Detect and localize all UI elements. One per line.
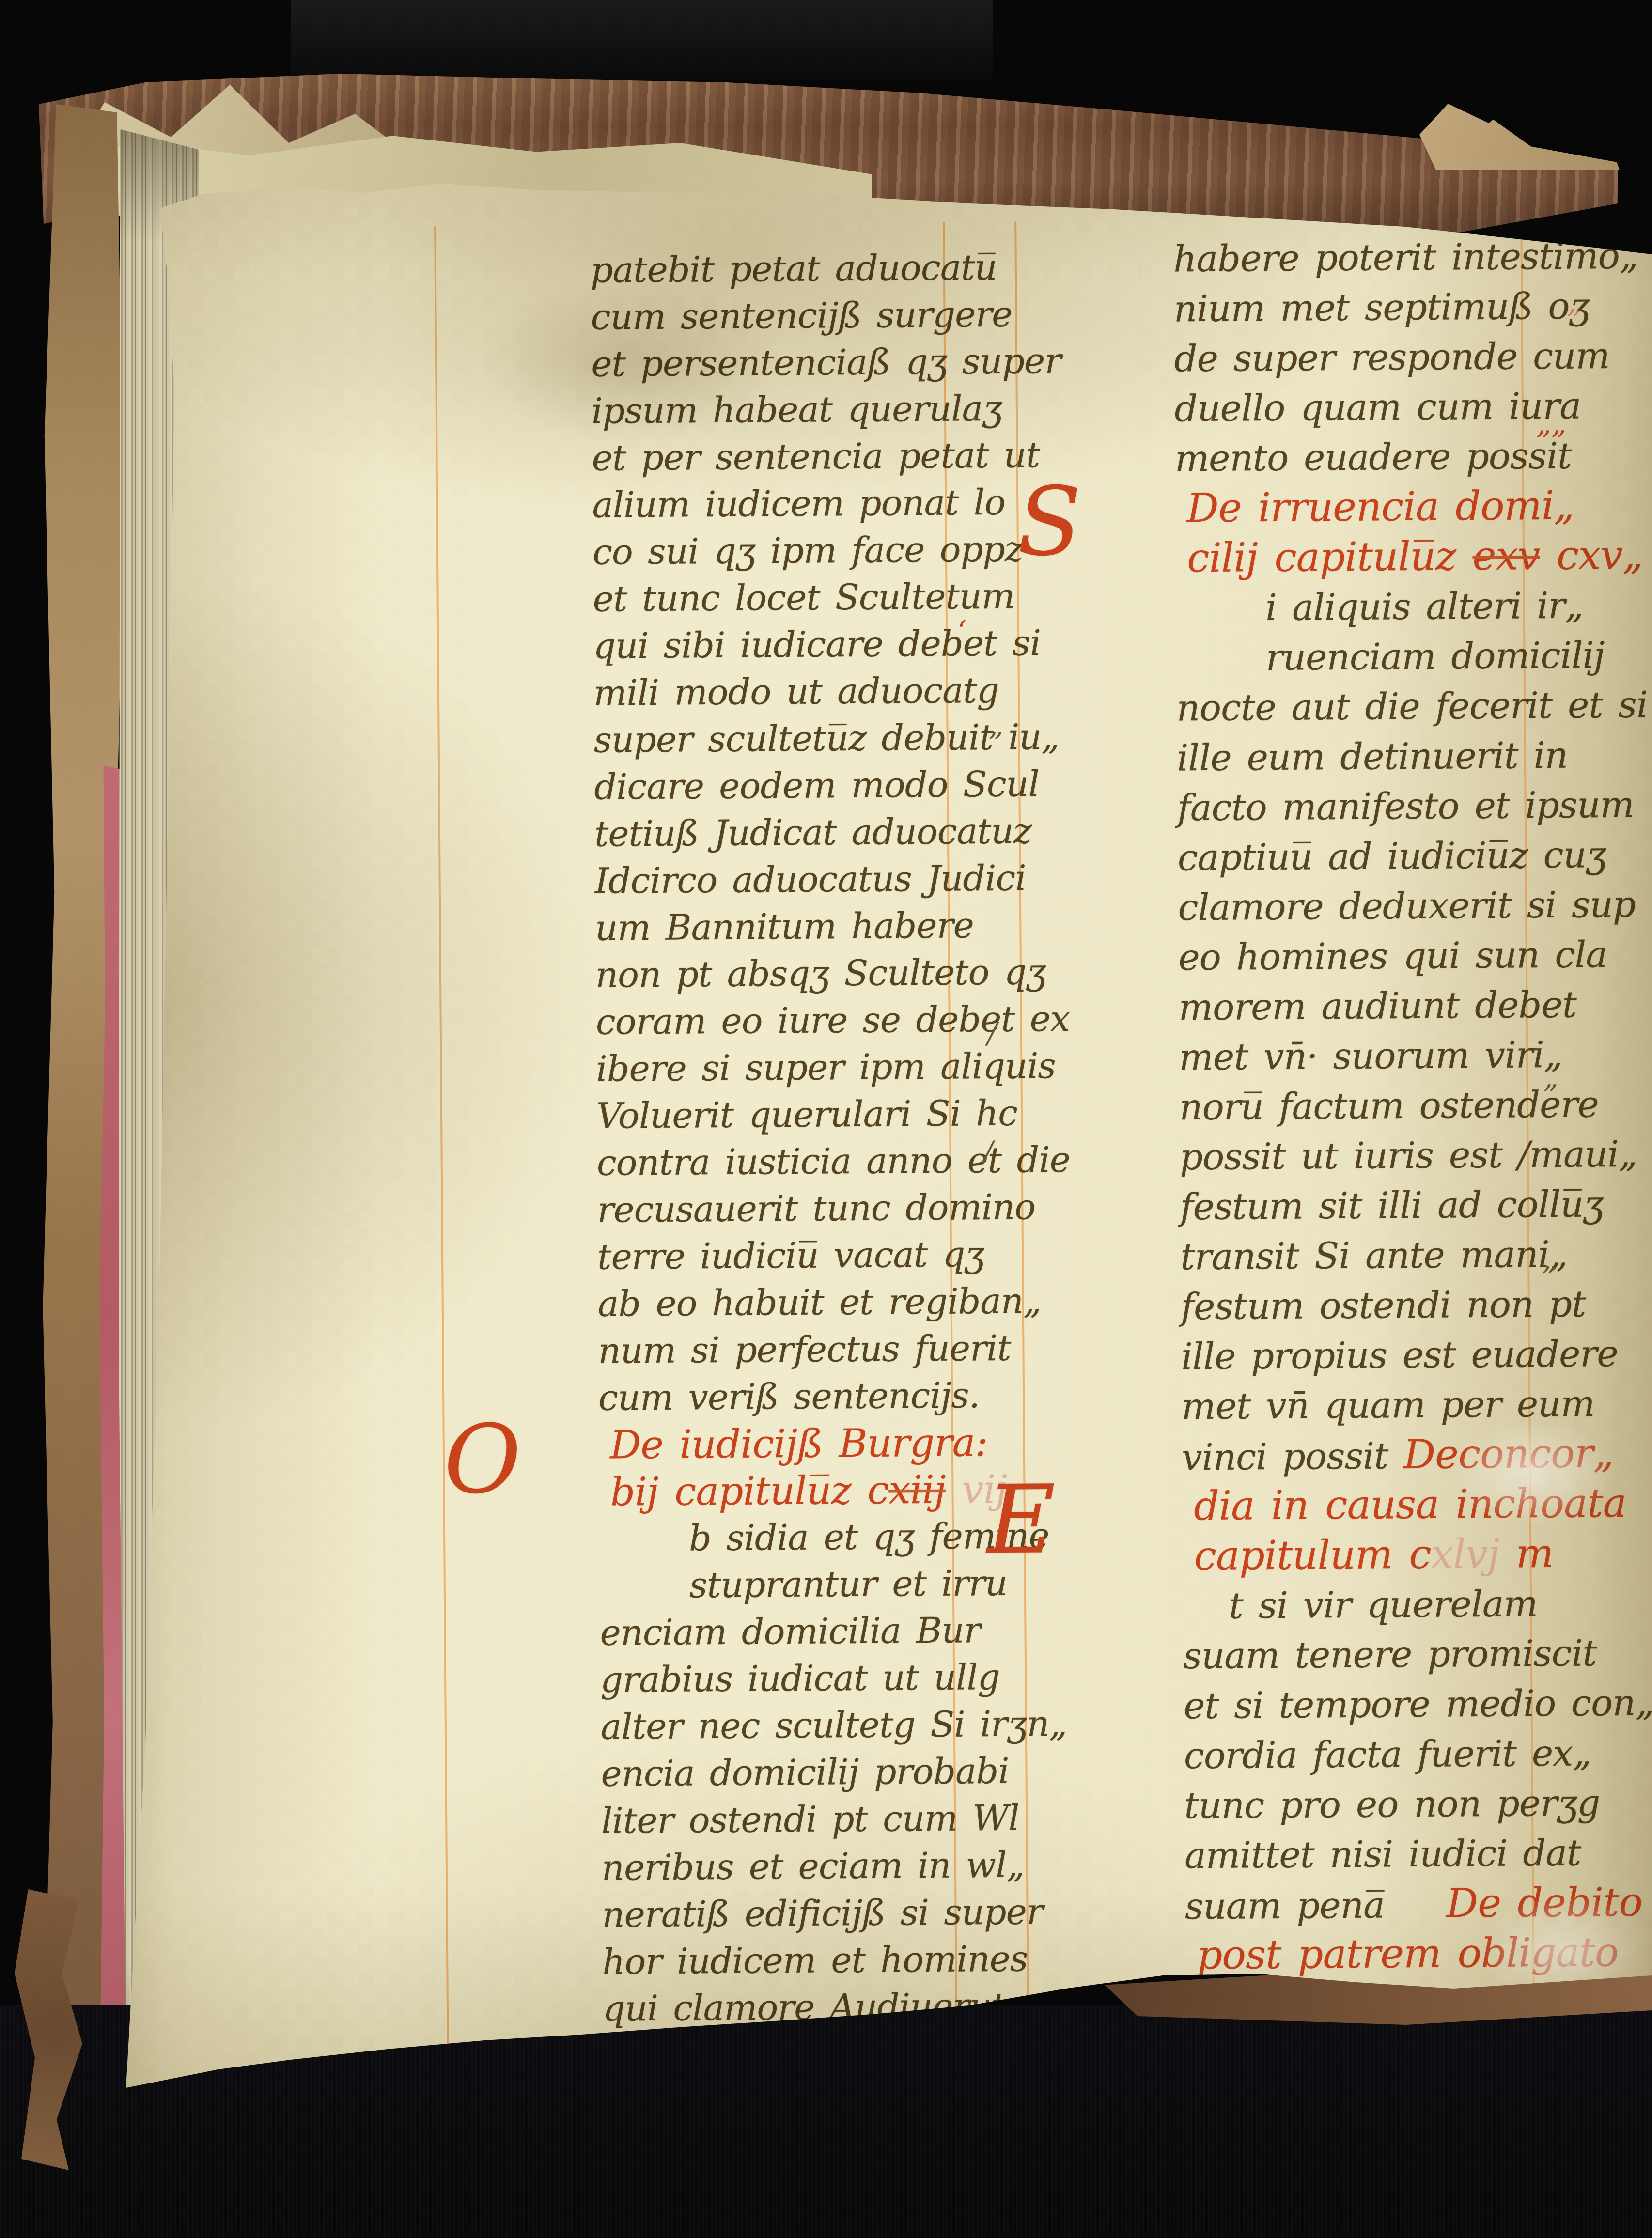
manuscript-photo-scene: patebit petat aduocatu̅ cum sentencijß s… (0, 0, 1652, 2238)
margin-mark: „ (1567, 286, 1582, 320)
margin-mark: „„ (1536, 407, 1567, 441)
page-content: patebit petat aduocatu̅ cum sentencijß s… (51, 67, 1652, 2142)
margin-mark: „ (1542, 1243, 1558, 1276)
margin-mark: / (983, 1135, 993, 1169)
margin-mark: ʻ (957, 614, 967, 648)
margin-mark: / (987, 1016, 997, 1050)
scanner-bed-strip (291, 0, 993, 80)
margin-mark: „ (988, 709, 1004, 743)
margin-marks: „„„ʻ„//„„ (51, 67, 1652, 2142)
margin-mark: „ (1543, 1061, 1558, 1095)
manuscript-page: patebit petat aduocatu̅ cum sentencijß s… (58, 73, 1652, 2136)
